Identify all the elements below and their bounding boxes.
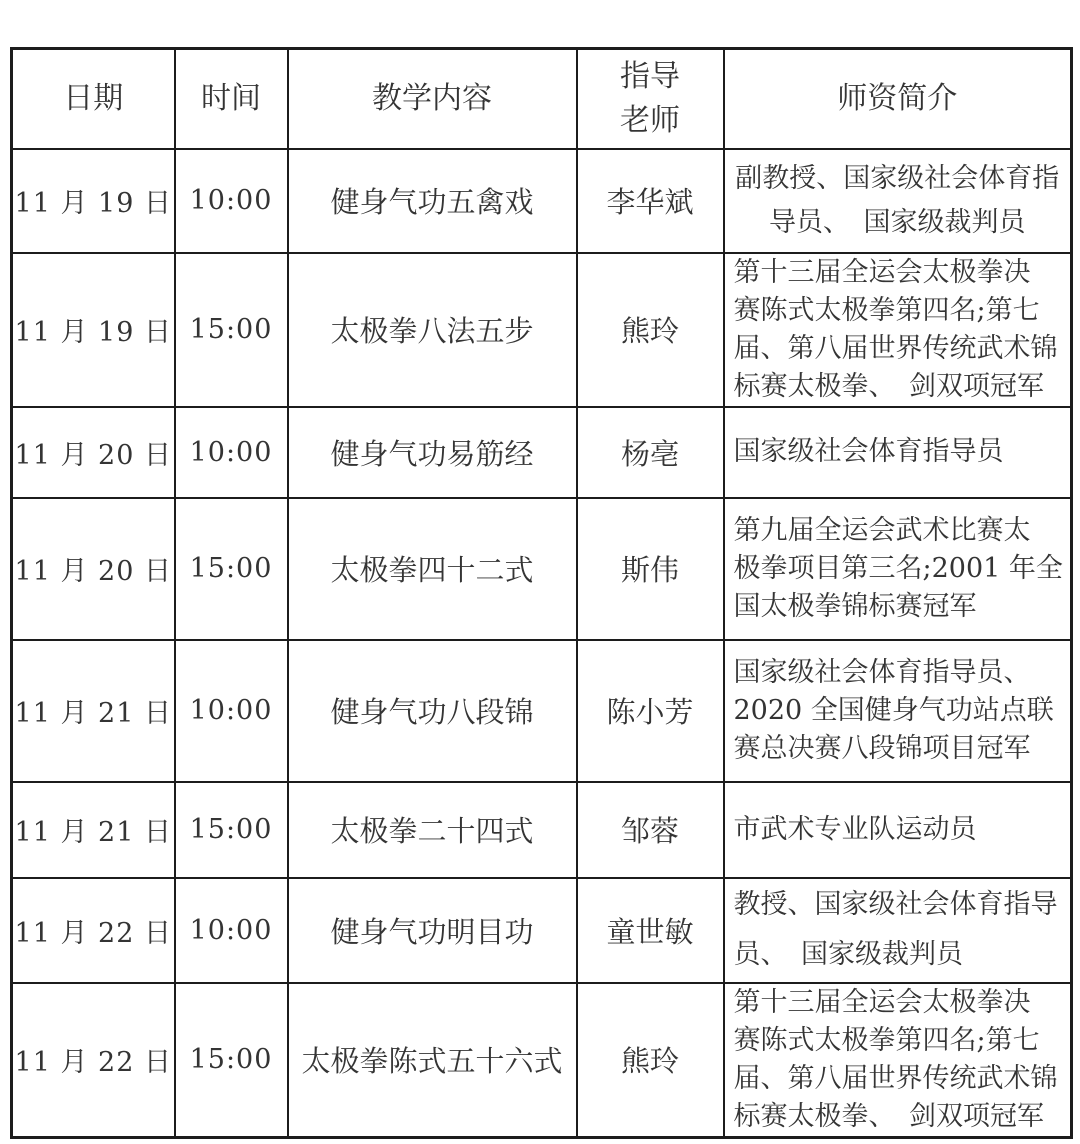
teacher-cell: 李华斌 [577, 149, 724, 253]
date-cell: 11 月 21 日 [12, 640, 175, 782]
header-time: 时间 [175, 49, 288, 149]
table-row: 11 月 21 日 10:00 健身气功八段锦 陈小芳 国家级社会体育指导员、 … [12, 640, 1072, 782]
time-cell: 15:00 [175, 253, 288, 407]
intro-cell: 第十三届全运会太极拳决 赛陈式太极拳第四名;第七 届、第八届世界传统武术锦 标赛… [724, 983, 1072, 1138]
teacher-cell: 熊玲 [577, 253, 724, 407]
date-cell: 11 月 21 日 [12, 782, 175, 878]
intro-cell: 市武术专业队运动员 [724, 782, 1072, 878]
content-cell: 太极拳四十二式 [288, 498, 577, 640]
date-cell: 11 月 22 日 [12, 983, 175, 1138]
header-intro: 师资简介 [724, 49, 1072, 149]
intro-cell: 第九届全运会武术比赛太 极拳项目第三名;2001 年全 国太极拳锦标赛冠军 [724, 498, 1072, 640]
teacher-cell: 杨亳 [577, 407, 724, 498]
header-date: 日期 [12, 49, 175, 149]
time-cell: 15:00 [175, 498, 288, 640]
time-cell: 15:00 [175, 983, 288, 1138]
table-body: 11 月 19 日 10:00 健身气功五禽戏 李华斌 副教授、国家级社会体育指… [12, 149, 1072, 1138]
teacher-cell: 邹蓉 [577, 782, 724, 878]
date-cell: 11 月 19 日 [12, 253, 175, 407]
intro-cell: 国家级社会体育指导员 [724, 407, 1072, 498]
content-cell: 太极拳八法五步 [288, 253, 577, 407]
schedule-table: 日期 时间 教学内容 指导 老师 师资简介 11 月 19 日 10:00 健身… [10, 47, 1073, 1139]
teacher-cell: 童世敏 [577, 878, 724, 983]
intro-cell: 第十三届全运会太极拳决 赛陈式太极拳第四名;第七 届、第八届世界传统武术锦 标赛… [724, 253, 1072, 407]
content-cell: 健身气功八段锦 [288, 640, 577, 782]
page-background: 日期 时间 教学内容 指导 老师 师资简介 11 月 19 日 10:00 健身… [0, 0, 1080, 1144]
time-cell: 10:00 [175, 149, 288, 253]
date-cell: 11 月 19 日 [12, 149, 175, 253]
header-row: 日期 时间 教学内容 指导 老师 师资简介 [12, 49, 1072, 149]
table-row: 11 月 20 日 15:00 太极拳四十二式 斯伟 第九届全运会武术比赛太 极… [12, 498, 1072, 640]
table-row: 11 月 22 日 10:00 健身气功明目功 童世敏 教授、国家级社会体育指导… [12, 878, 1072, 983]
intro-cell: 国家级社会体育指导员、 2020 全国健身气功站点联 赛总决赛八段锦项目冠军 [724, 640, 1072, 782]
intro-cell: 教授、国家级社会体育指导 员、 国家级裁判员 [724, 878, 1072, 983]
table-header: 日期 时间 教学内容 指导 老师 师资简介 [12, 49, 1072, 149]
time-cell: 10:00 [175, 640, 288, 782]
teacher-cell: 斯伟 [577, 498, 724, 640]
table-row: 11 月 19 日 10:00 健身气功五禽戏 李华斌 副教授、国家级社会体育指… [12, 149, 1072, 253]
table-row: 11 月 20 日 10:00 健身气功易筋经 杨亳 国家级社会体育指导员 [12, 407, 1072, 498]
table-row: 11 月 19 日 15:00 太极拳八法五步 熊玲 第十三届全运会太极拳决 赛… [12, 253, 1072, 407]
content-cell: 健身气功易筋经 [288, 407, 577, 498]
date-cell: 11 月 20 日 [12, 407, 175, 498]
table-row: 11 月 22 日 15:00 太极拳陈式五十六式 熊玲 第十三届全运会太极拳决… [12, 983, 1072, 1138]
content-cell: 太极拳二十四式 [288, 782, 577, 878]
header-teacher: 指导 老师 [577, 49, 724, 149]
date-cell: 11 月 20 日 [12, 498, 175, 640]
teacher-cell: 熊玲 [577, 983, 724, 1138]
header-content: 教学内容 [288, 49, 577, 149]
time-cell: 15:00 [175, 782, 288, 878]
content-cell: 健身气功明目功 [288, 878, 577, 983]
date-cell: 11 月 22 日 [12, 878, 175, 983]
content-cell: 太极拳陈式五十六式 [288, 983, 577, 1138]
teacher-cell: 陈小芳 [577, 640, 724, 782]
content-cell: 健身气功五禽戏 [288, 149, 577, 253]
time-cell: 10:00 [175, 878, 288, 983]
intro-cell: 副教授、国家级社会体育指 导员、 国家级裁判员 [724, 149, 1072, 253]
time-cell: 10:00 [175, 407, 288, 498]
table-row: 11 月 21 日 15:00 太极拳二十四式 邹蓉 市武术专业队运动员 [12, 782, 1072, 878]
